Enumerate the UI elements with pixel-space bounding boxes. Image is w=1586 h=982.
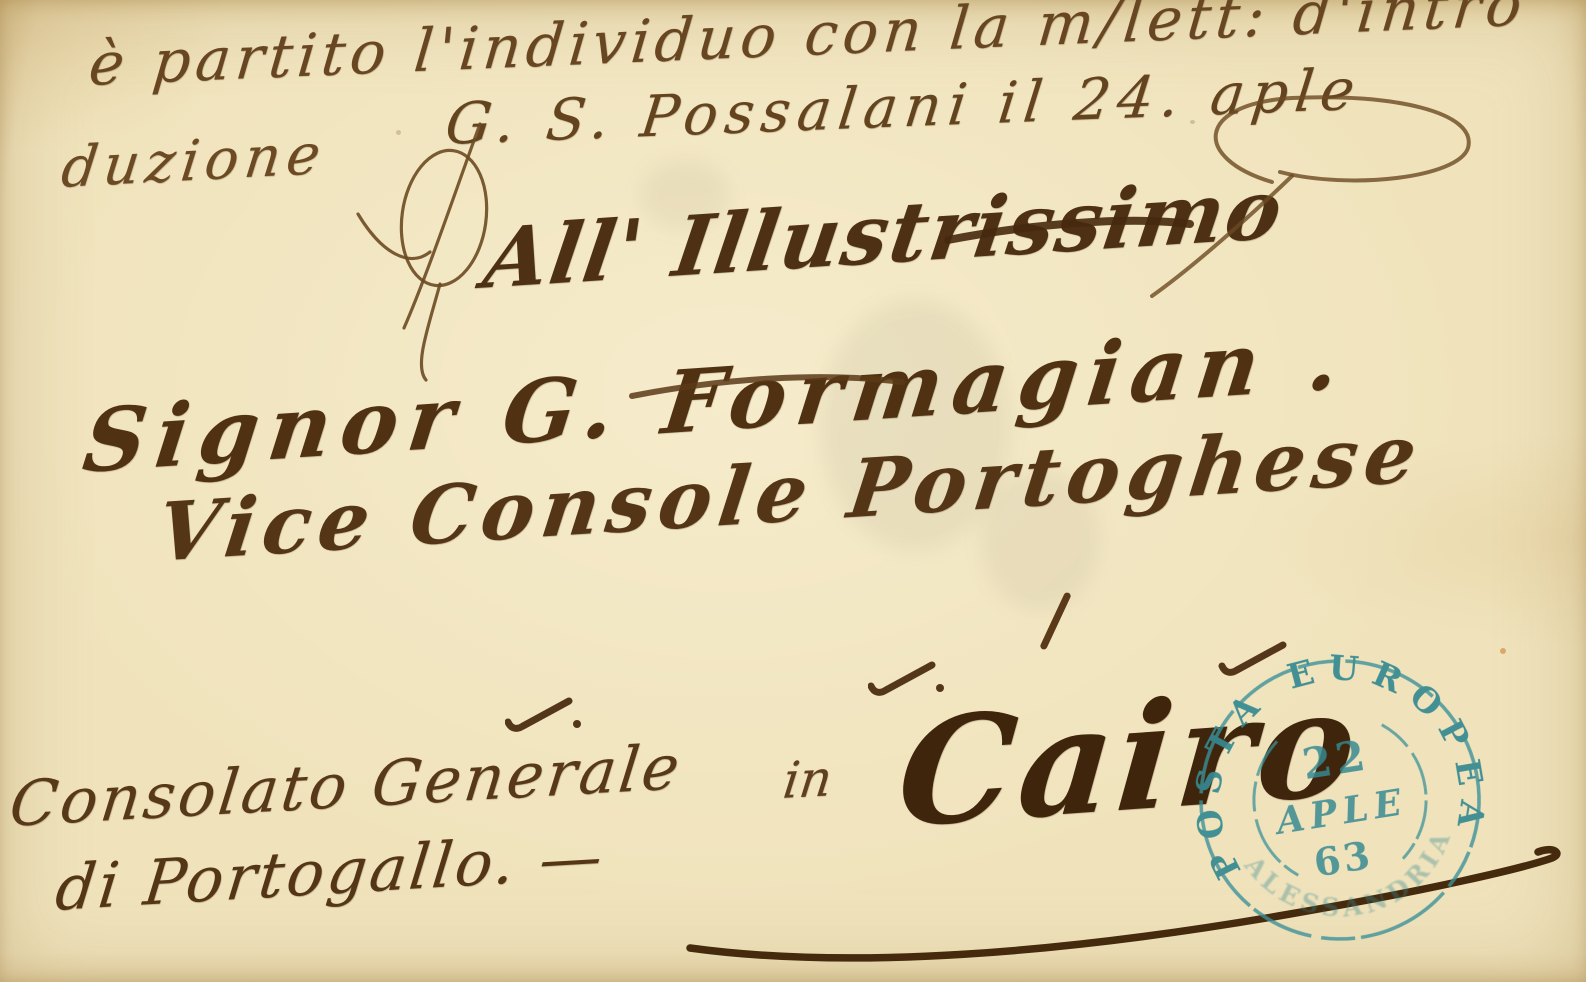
pen-flourish-ellipse xyxy=(393,145,495,291)
pen-tick-mark xyxy=(505,688,583,734)
pen-flourish-slash xyxy=(404,124,480,328)
postmark-date-month: APLE xyxy=(1271,781,1411,844)
sender-office-line-2: di Portogallo. — xyxy=(52,819,609,925)
annotation-line-2-left: duzione xyxy=(58,122,330,201)
destination-preposition: in xyxy=(780,749,835,810)
postmark-date-year: 63 xyxy=(1311,832,1376,886)
postmark-stamp: POSTA EUROPEA ALESSANDRIA 22 APLE 63 xyxy=(1163,623,1518,978)
pen-flourish-tail xyxy=(421,284,440,380)
pen-tick-stroke xyxy=(508,701,569,728)
paper-speck xyxy=(1500,648,1506,654)
postmark-date-day: 22 xyxy=(1299,730,1372,789)
salutation-line: All' Illustrissimo xyxy=(478,161,1290,308)
postal-cover: è partito l'individuo con la m/lett: d'i… xyxy=(0,0,1586,982)
pen-tick-dot xyxy=(573,720,581,728)
postmark-group: POSTA EUROPEA ALESSANDRIA 22 APLE 63 xyxy=(1167,626,1511,961)
pen-flourish-swoosh xyxy=(358,214,430,258)
